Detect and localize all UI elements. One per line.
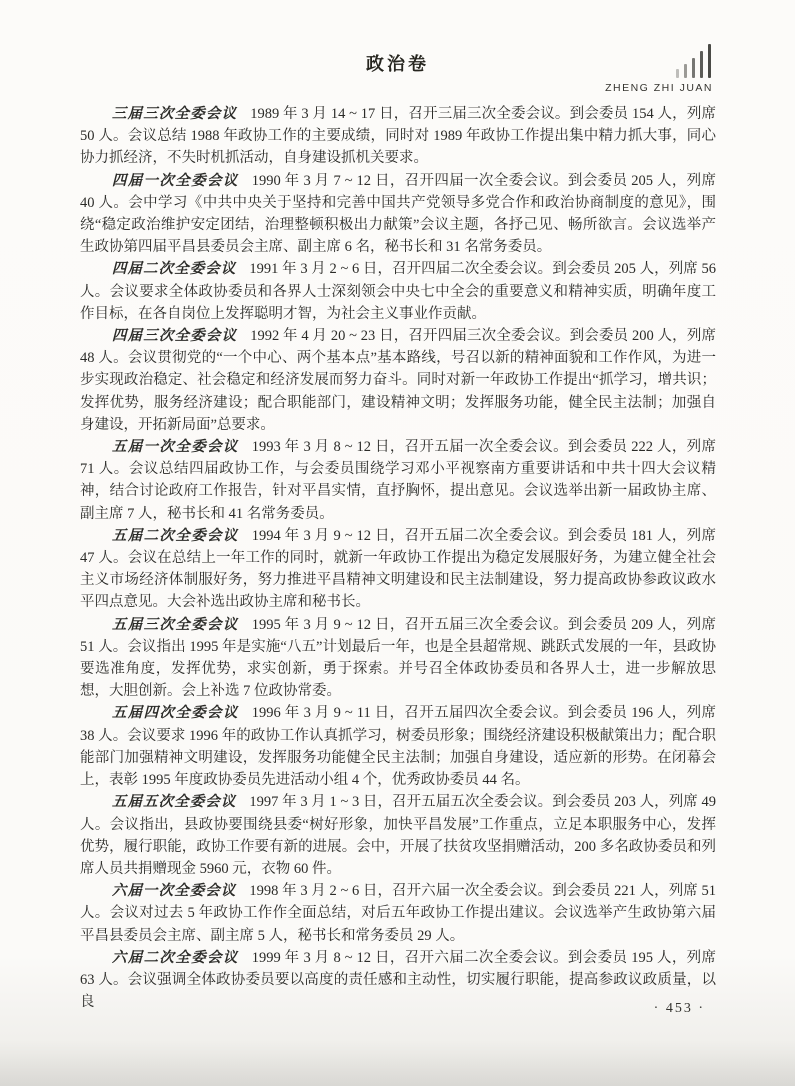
meeting-paragraph: 六届二次全委会议1999 年 3 月 8 ~ 12 日，召开六届二次全委会议。到… [80,947,716,1014]
publisher-logo: ZHENG ZHI JUAN [603,40,713,94]
meeting-paragraph: 五届三次全委会议1995 年 3 月 9 ~ 12 日，召开五届三次全委会议。到… [80,614,716,703]
meeting-paragraph: 四届一次全委会议1990 年 3 月 7 ~ 12 日，召开四届一次全委会议。到… [80,170,716,259]
meeting-paragraph: 四届三次全委会议1992 年 4 月 20 ~ 23 日，召开四届三次全委会议。… [80,325,716,436]
bar-chart-logo-icon [603,40,711,78]
meeting-title: 五届一次全委会议 [112,439,239,455]
meeting-title: 六届二次全委会议 [112,950,239,966]
scanned-book-page: 政治卷 ZHENG ZHI JUAN 三届三次全委会议1989 年 3 月 14… [0,0,795,1086]
meeting-title: 五届五次全委会议 [112,794,236,810]
meeting-paragraph: 五届二次全委会议1994 年 3 月 9 ~ 12 日，召开五届二次全委会议。到… [80,525,716,614]
meeting-paragraph: 五届一次全委会议1993 年 3 月 8 ~ 12 日，召开五届一次全委会议。到… [80,436,716,525]
meeting-paragraph: 三届三次全委会议1989 年 3 月 14 ~ 17 日，召开三届三次全委会议。… [80,103,716,170]
meeting-title: 五届四次全委会议 [112,705,239,721]
meeting-title: 六届一次全委会议 [112,883,236,899]
scan-artifact [0,1040,795,1086]
page-body: 三届三次全委会议1989 年 3 月 14 ~ 17 日，召开三届三次全委会议。… [80,103,716,1013]
meeting-paragraph: 六届一次全委会议1998 年 3 月 2 ~ 6 日，召开六届一次全委会议。到会… [80,880,716,947]
meeting-paragraph: 四届二次全委会议1991 年 3 月 2 ~ 6 日，召开四届二次全委会议。到会… [80,258,716,325]
meeting-title: 四届一次全委会议 [112,173,239,189]
meeting-title: 五届二次全委会议 [112,528,239,544]
meeting-title: 四届三次全委会议 [112,328,237,344]
meeting-title: 五届三次全委会议 [112,617,239,633]
meeting-paragraph: 五届五次全委会议1997 年 3 月 1 ~ 3 日，召开五届五次全委会议。到会… [80,791,716,880]
meeting-title: 四届二次全委会议 [112,261,236,277]
meeting-title: 三届三次全委会议 [112,106,237,122]
page-number: · 453 · [654,1001,705,1017]
logo-text: ZHENG ZHI JUAN [603,82,713,94]
meeting-paragraph: 五届四次全委会议1996 年 3 月 9 ~ 11 日，召开五届四次全委会议。到… [80,702,716,791]
